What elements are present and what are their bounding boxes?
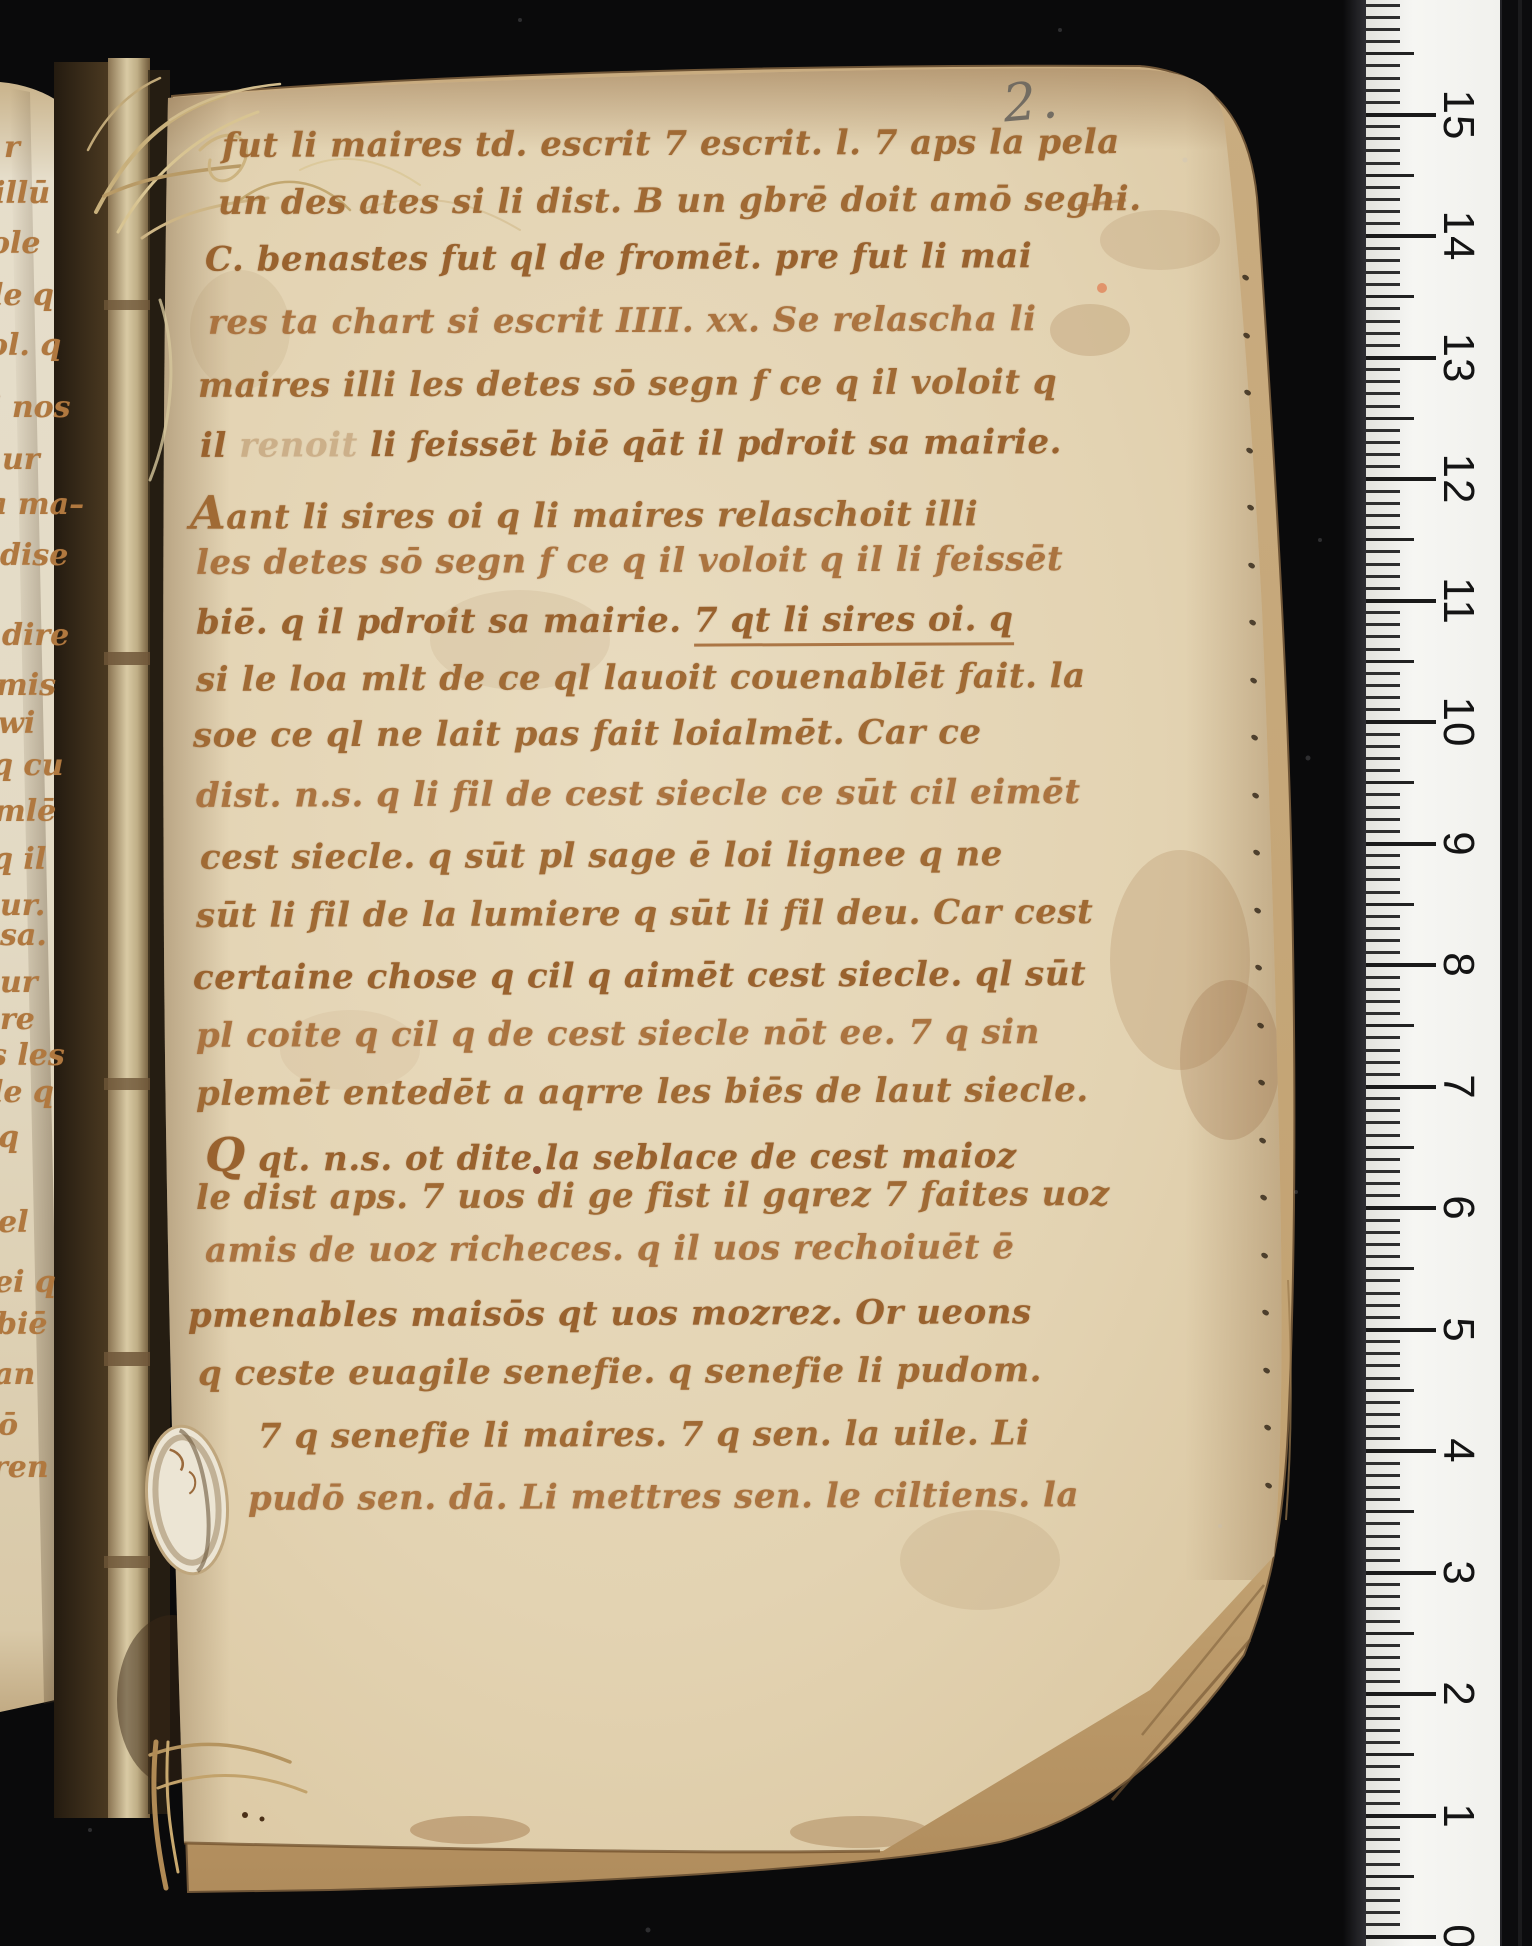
ruler-minor-tick [1366,806,1400,809]
facing-page-text-fragment: ur [2,442,40,477]
ruler-minor-tick [1366,1535,1400,1538]
ruler-minor-tick [1366,563,1400,566]
manuscript-line: cest siecle. q sūt pl sage ē loi lignee … [200,834,1003,878]
ruler-cm-tick [1366,1085,1436,1089]
facing-page-text-fragment: el [0,1205,28,1240]
manuscript-line: pl coite q cil q de cest siecle nōt ee. … [196,1012,1040,1056]
ruler-minor-tick [1366,1911,1400,1914]
facing-page-text-fragment: biē [0,1307,47,1342]
manuscript-line: sūt li fil de la lumiere q sūt li fil de… [196,892,1093,936]
ruler-minor-tick [1366,1049,1400,1052]
ruler-minor-tick [1366,1802,1400,1805]
ruler-minor-tick [1366,40,1400,43]
ruler-minor-tick [1366,635,1400,638]
ruler-minor-tick [1366,1401,1400,1404]
ruler-number: 8 [1433,952,1483,977]
ruler-number: 12 [1433,454,1483,505]
ruler-minor-tick [1366,1425,1400,1428]
ruler-minor-tick [1366,1850,1400,1853]
ruler-minor-tick [1366,1219,1400,1222]
ruler-minor-tick [1366,1899,1400,1902]
ruler-minor-tick [1366,1121,1400,1124]
ruler-cm-tick [1366,234,1436,238]
manuscript-text: il [200,426,239,466]
facing-page-text-fragment: re [0,1002,35,1037]
ruler-minor-tick [1366,1413,1400,1416]
ruler-minor-tick [1366,77,1400,80]
manuscript-line: pudō sen. dā. Li mettres sen. le ciltien… [248,1475,1079,1519]
pink-speck [1097,283,1107,293]
ruler-minor-tick [1366,927,1400,930]
ruler-number: 0 [1433,1924,1483,1946]
ruler-minor-tick [1366,16,1400,19]
facing-page-text-fragment: ren [0,1450,49,1485]
ruler-cm-tick [1366,720,1436,724]
ruler-minor-tick [1366,1705,1400,1708]
speck [242,1812,248,1818]
ruler-number: 13 [1433,332,1483,383]
manuscript-text: les detes sō segn f ce q il voloit q il … [196,539,1063,583]
facing-page-text-fragment: i nos [0,390,71,425]
manuscript-text: ant li sires oi q li maires relaschoit i… [226,494,978,537]
manuscript-line: maires illi les detes sō segn f ce q il … [198,362,1057,406]
ruler-minor-tick [1366,1753,1414,1756]
manuscript-text: 7 qt li sires oi. q [694,599,1014,646]
sewing-thread [104,1078,150,1090]
ruler-minor-tick [1366,1316,1400,1319]
ruler-minor-tick [1366,1620,1400,1623]
manuscript-text: cest siecle. q sūt pl sage ē loi lignee … [200,834,1003,878]
ruler-minor-tick [1366,174,1414,177]
ruler-minor-tick [1366,417,1414,420]
ruler-minor-tick [1366,1158,1400,1161]
ruler-minor-tick [1366,380,1400,383]
ruler-minor-tick [1366,1109,1400,1112]
ruler-cm-tick [1366,1692,1436,1696]
ruler-minor-tick [1366,429,1400,432]
ruler-minor-tick [1366,866,1400,869]
spine-fold-ridge [108,58,150,1818]
ruler-minor-tick [1366,903,1414,906]
manuscript-line: un des ates si li dist. B un gbrē doit a… [218,179,1142,223]
facing-page-text-fragment: le q [0,1075,54,1110]
ruler-minor-tick [1366,1510,1414,1513]
ruler-minor-tick [1366,793,1400,796]
ruler-shadow [1343,0,1366,1946]
manuscript-text: maires illi les detes sō segn f ce q il … [198,362,1057,406]
ruler-minor-tick [1366,745,1400,748]
ruler-minor-tick [1366,1778,1400,1781]
ruler-minor-tick [1366,1486,1400,1489]
ruler-minor-tick [1366,648,1400,651]
manuscript-line: pmenables maisōs qt uos mozrez. Or ueons [188,1292,1032,1336]
facing-page-text-fragment: sa. [0,918,47,953]
ruler-minor-tick [1366,162,1400,165]
speck [260,1817,265,1822]
ruler-minor-tick [1366,1377,1400,1380]
ruler-minor-tick [1366,490,1400,493]
ruler-minor-tick [1366,830,1400,833]
manuscript-line: dist. n.s. q li fil de cest siecle ce sū… [196,772,1081,816]
facing-page-text-fragment: mis [0,668,56,703]
ruler-minor-tick [1366,186,1400,189]
ruler-cm-tick [1366,1328,1436,1332]
manuscript-text: pmenables maisōs qt uos mozrez. Or ueons [188,1292,1032,1336]
ruler-minor-tick [1366,1340,1400,1343]
ruler-minor-tick [1366,1474,1400,1477]
ruler-minor-tick [1366,1875,1414,1878]
ruler-cm-tick [1366,1571,1436,1575]
ruler-minor-tick [1366,878,1400,881]
stain [900,1510,1060,1610]
ruler-minor-tick [1366,137,1400,140]
manuscript-line: Q qt. n.s. ot dite la seblace de cest ma… [205,1124,1017,1182]
ruler-minor-tick [1366,781,1414,784]
ruler-minor-tick [1366,526,1400,529]
facing-page-text-fragment: wi [0,706,35,741]
manuscript-text: res ta chart si escrit IIII. xx. Se rela… [208,299,1037,343]
ruler-minor-tick [1366,502,1400,505]
ruler-minor-tick [1366,1364,1400,1367]
ruler-minor-tick [1366,1304,1400,1307]
ruler-minor-tick [1366,441,1400,444]
ruler-minor-tick [1366,1656,1400,1659]
stain [1180,980,1280,1140]
ruler-minor-tick [1366,259,1400,262]
facing-page-text-fragment: ol. q [0,328,61,363]
ruler-minor-tick [1366,320,1400,323]
ruler-cm-tick [1366,113,1436,117]
ruler-minor-tick [1366,1243,1400,1246]
manuscript-line: 7 q senefie li maires. 7 q sen. la uile.… [258,1413,1030,1456]
ruler-minor-tick [1366,64,1400,67]
ruler-minor-tick [1366,1717,1400,1720]
photo-stage: rillūolele qol. qi nosura ma–disediremis… [0,0,1532,1946]
ruler-minor-tick [1366,465,1400,468]
ruler: 0123456789101112131415 [1366,0,1500,1946]
ruler-number: 11 [1433,577,1483,625]
ruler-minor-tick [1366,210,1400,213]
ruler-minor-tick [1366,125,1400,128]
sewing-thread [104,300,150,310]
ruler-minor-tick [1366,198,1400,201]
manuscript-text: un des ates si li dist. B un gbrē doit a… [218,179,1142,223]
ruler-number: 2 [1433,1681,1483,1706]
ruler-minor-tick [1366,247,1400,250]
facing-page-text-fragment: ei q [0,1265,56,1300]
manuscript-text: plemēt entedēt a aqrre les biēs de laut … [196,1070,1089,1114]
ruler-cm-tick [1366,1814,1436,1818]
manuscript-text: A [190,486,226,540]
manuscript-line: si le loa mlt de ce ql lauoit couenablēt… [196,656,1086,700]
ruler-minor-tick [1366,1741,1400,1744]
ruler-right-strip [1500,0,1532,1946]
ruler-number: 1 [1433,1803,1483,1828]
ruler-number: 6 [1433,1195,1483,1220]
sewing-thread [104,1556,150,1568]
sewing-thread [104,1352,150,1366]
ruler-minor-tick [1366,660,1414,663]
facing-page-text-fragment: r [4,130,20,165]
ruler-minor-tick [1366,453,1400,456]
ruler-minor-tick [1366,575,1400,578]
ruler-minor-tick [1366,623,1400,626]
ruler-number: 3 [1433,1560,1483,1585]
ruler-minor-tick [1366,1559,1400,1562]
ruler-minor-tick [1366,1170,1400,1173]
facing-page-text-fragment: dise [0,538,68,573]
manuscript-line: res ta chart si escrit IIII. xx. Se rela… [208,299,1037,343]
sewing-thread [104,652,150,665]
manuscript-text: biē. q il pdroit sa mairie. [196,601,694,643]
ruler-cm-tick [1366,356,1436,360]
ruler-minor-tick [1366,1547,1400,1550]
ruler-minor-tick [1366,89,1400,92]
manuscript-line: le dist aps. 7 uos di ge fist il gqrez 7… [196,1174,1110,1218]
ruler-minor-tick [1366,854,1400,857]
manuscript-line: plemēt entedēt a aqrre les biēs de laut … [196,1070,1089,1114]
ruler-minor-tick [1366,1887,1400,1890]
manuscript-line: il renoit li feissēt biē qāt il pdroit s… [200,422,1062,466]
facing-page-text-fragment: a ma– [0,487,84,522]
stain [410,1816,530,1844]
ruler-minor-tick [1366,1036,1400,1039]
ruler-minor-tick [1366,149,1400,152]
manuscript-text: 7 q senefie li maires. 7 q sen. la uile.… [258,1413,1030,1456]
manuscript-line: fut li maires td. escrit 7 escrit. l. 7 … [222,122,1120,166]
manuscript-text: si le loa mlt de ce ql lauoit couenablēt… [196,656,1086,700]
manuscript-text: q ceste euagile senefie. q senefie li pu… [198,1350,1042,1394]
ruler-minor-tick [1366,733,1400,736]
ruler-minor-tick [1366,1838,1400,1841]
ruler-minor-tick [1366,28,1400,31]
ruler-minor-tick [1366,368,1400,371]
ruler-minor-tick [1366,295,1414,298]
ruler-minor-tick [1366,951,1400,954]
ruler-minor-tick [1366,1061,1400,1064]
ruler-cm-tick [1366,842,1436,846]
ruler-number: 5 [1433,1317,1483,1342]
facing-page-text-fragment: ole [0,226,41,261]
manuscript-line: amis de uoz richeces. q il uos rechoiuēt… [205,1227,1015,1271]
ruler-minor-tick [1366,101,1400,104]
ruler-number: 4 [1433,1438,1483,1463]
ruler-minor-tick [1366,976,1400,979]
stain [1050,304,1130,356]
ruler-minor-tick [1366,891,1400,894]
ruler-minor-tick [1366,757,1400,760]
manuscript-text: fut li maires td. escrit 7 escrit. l. 7 … [222,122,1120,166]
ruler-number: 15 [1433,89,1483,140]
ruler-minor-tick [1366,1097,1400,1100]
ruler-minor-tick [1366,52,1414,55]
ruler-minor-tick [1366,1134,1400,1137]
ruler-minor-tick [1366,1000,1400,1003]
ruler-minor-tick [1366,1607,1400,1610]
manuscript-text: li feissēt biē qāt il pdroit sa mairie. [358,422,1062,465]
ruler-minor-tick [1366,1462,1400,1465]
ruler-minor-tick [1366,1498,1400,1501]
ruler-minor-tick [1366,1024,1414,1027]
ruler-number: 10 [1433,697,1483,748]
manuscript-text: pl coite q cil q de cest siecle nōt ee. … [196,1012,1040,1056]
ruler-minor-tick [1366,696,1400,699]
manuscript-text: le dist aps. 7 uos di ge fist il gqrez 7… [196,1174,1110,1218]
ruler-number: 7 [1433,1074,1483,1099]
pencil-folio-number: 2. [1000,70,1065,135]
ruler-minor-tick [1366,1595,1400,1598]
ruler-minor-tick [1366,1352,1400,1355]
ruler-minor-tick [1366,405,1400,408]
ruler-minor-tick [1366,1231,1400,1234]
ruler-minor-tick [1366,392,1400,395]
ruler-minor-tick [1366,1668,1400,1671]
ruler-minor-tick [1366,1267,1414,1270]
ruler-minor-tick [1366,1292,1400,1295]
manuscript-text: qt. n.s. ot dite la seblace de cest maio… [246,1136,1017,1179]
ruler-minor-tick [1366,1583,1400,1586]
ruler-minor-tick [1366,1790,1400,1793]
ruler-minor-tick [1366,1389,1414,1392]
facing-page-text-fragment: ō [0,1408,18,1443]
facing-page-text-fragment: q il [0,842,46,877]
ruler-cm-tick [1366,963,1436,967]
ruler-minor-tick [1366,1012,1400,1015]
ruler-minor-tick [1366,587,1400,590]
facing-page-text-fragment: dire [2,618,69,653]
ruler-cm-tick [1366,1449,1436,1453]
ruler-minor-tick [1366,1765,1400,1768]
manuscript-text: pudō sen. dā. Li mettres sen. le ciltien… [248,1475,1079,1519]
ruler-minor-tick [1366,939,1400,942]
manuscript-text: C. benastes fut ql de fromēt. pre fut li… [205,236,1032,280]
speck [702,1890,708,1896]
manuscript-line: certaine chose q cil q aimēt cest siecle… [193,954,1086,998]
ruler-minor-tick [1366,332,1400,335]
manuscript-line: soe ce ql ne lait pas fait loialmēt. Car… [193,712,982,755]
gutter-shadow [54,62,112,1818]
ruler-minor-tick [1366,1826,1400,1829]
ruler-minor-tick [1366,672,1400,675]
ruler-minor-tick [1366,1644,1400,1647]
ruler-minor-tick [1366,538,1414,541]
ruler-minor-tick [1366,307,1400,310]
ruler-minor-tick [1366,915,1400,918]
ruler-minor-tick [1366,1437,1400,1440]
manuscript-text: Q [205,1128,246,1182]
ruler-minor-tick [1366,611,1400,614]
ruler-cm-tick [1366,1206,1436,1210]
manuscript-text: sūt li fil de la lumiere q sūt li fil de… [196,892,1093,936]
ruler-minor-tick [1366,1182,1400,1185]
manuscript-line: les detes sō segn f ce q il voloit q il … [196,539,1063,583]
facing-page-text-fragment: illū [0,176,50,211]
ruler-minor-tick [1366,1073,1400,1076]
ruler-minor-tick [1366,1146,1414,1149]
ruler-minor-tick [1366,684,1400,687]
manuscript-text: amis de uoz richeces. q il uos rechoiuēt… [205,1227,1015,1271]
facing-page-text-fragment: s les [0,1038,65,1073]
manuscript-text: certaine chose q cil q aimēt cest siecle… [193,954,1086,998]
ruler-minor-tick [1366,1194,1400,1197]
facing-page-text-fragment: le q [0,278,54,313]
ruler-minor-tick [1366,1923,1400,1926]
ruler-minor-tick [1366,514,1400,517]
ruler-minor-tick [1366,550,1400,553]
manuscript-line: biē. q il pdroit sa mairie. 7 qt li sire… [196,599,1014,643]
ruler-minor-tick [1366,1522,1400,1525]
facing-page-text-fragment: q cu [0,748,64,783]
ruler-minor-tick [1366,222,1400,225]
ruler-minor-tick [1366,818,1400,821]
ruler-minor-tick [1366,1729,1400,1732]
ruler-minor-tick [1366,344,1400,347]
ruler-minor-tick [1366,1863,1400,1866]
ruler-number: 14 [1433,211,1483,262]
manuscript-text: dist. n.s. q li fil de cest siecle ce sū… [196,772,1081,816]
manuscript-text: renoit [239,425,358,466]
ruler-minor-tick [1366,1255,1400,1258]
facing-page-text-fragment: mlē [0,794,56,829]
ruler-minor-tick [1366,283,1400,286]
manuscript-line: Aant li sires oi q li maires relaschoit … [190,482,978,539]
ruler-cm-tick [1366,599,1436,603]
ruler-minor-tick [1366,4,1400,7]
manuscript-text: soe ce ql ne lait pas fait loialmēt. Car… [193,712,982,755]
ruler-minor-tick [1366,1632,1414,1635]
ruler-minor-tick [1366,769,1400,772]
ruler-minor-tick [1366,271,1400,274]
ruler-minor-tick [1366,708,1400,711]
ruler-cm-tick [1366,1935,1436,1939]
facing-page-text-fragment: q [0,1120,19,1155]
facing-page-text-fragment: ur [0,965,38,1000]
ruler-cm-tick [1366,477,1436,481]
facing-page-text-fragment: an [0,1357,35,1392]
manuscript-line: C. benastes fut ql de fromēt. pre fut li… [205,236,1032,280]
ruler-number: 9 [1433,831,1483,856]
ruler-minor-tick [1366,1279,1400,1282]
ruler-minor-tick [1366,988,1400,991]
ruler-minor-tick [1366,1680,1400,1683]
manuscript-line: q ceste euagile senefie. q senefie li pu… [198,1350,1042,1394]
